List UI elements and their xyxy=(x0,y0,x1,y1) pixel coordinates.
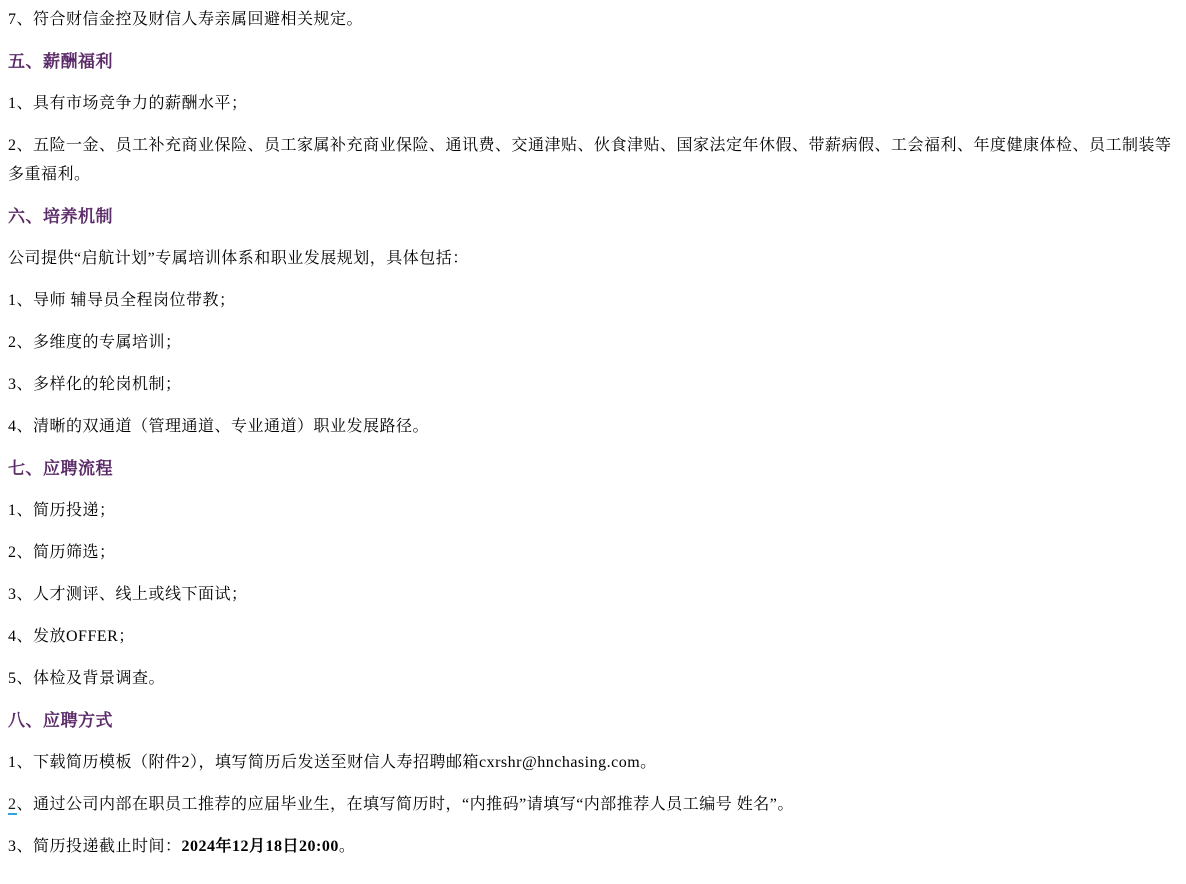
paragraph: 5、体检及背景调查。 xyxy=(8,664,1180,693)
paragraph: 3、多样化的轮岗机制； xyxy=(8,370,1180,399)
paragraph: 3、人才测评、线上或线下面试； xyxy=(8,580,1180,609)
paragraph: 2、多维度的专属培训； xyxy=(8,328,1180,357)
text-segment: 3、人才测评、线上或线下面试； xyxy=(8,586,248,603)
text-segment: 3、简历投递截止时间： xyxy=(8,838,182,855)
text-segment: 3、多样化的轮岗机制； xyxy=(8,376,182,393)
text-segment: 七、应聘流程 xyxy=(8,459,113,478)
paragraph: 1、具有市场竞争力的薪酬水平； xyxy=(8,89,1180,118)
document-body: 7、符合财信金控及财信人寿亲属回避相关规定。五、薪酬福利1、具有市场竞争力的薪酬… xyxy=(0,5,1186,884)
text-segment: 2、五险一金、员工补充商业保险、员工家属补充商业保险、通讯费、交通津贴、伙食津贴… xyxy=(8,137,1172,183)
paragraph: 3、简历投递截止时间：2024年12月18日20:00。 xyxy=(8,832,1180,861)
paragraph: 公司提供“启航计划”专属培训体系和职业发展规划，具体包括： xyxy=(8,244,1180,273)
paragraph: 4、清晰的双通道（管理通道、专业通道）职业发展路径。 xyxy=(8,412,1180,441)
text-segment: 六、培养机制 xyxy=(8,207,113,226)
text-segment: 公司提供“启航计划”专属培训体系和职业发展规划，具体包括： xyxy=(8,250,469,267)
text-segment: 4、发放OFFER； xyxy=(8,628,135,645)
paragraph: 2、五险一金、员工补充商业保险、员工家属补充商业保险、通讯费、交通津贴、伙食津贴… xyxy=(8,131,1180,189)
section-heading: 五、薪酬福利 xyxy=(8,47,1180,76)
text-segment: 1、下载简历模板（附件2），填写简历后发送至财信人寿招聘邮箱cxrshr@hnc… xyxy=(8,754,657,771)
section-heading: 六、培养机制 xyxy=(8,202,1180,231)
text-segment: 7、符合财信金控及财信人寿亲属回避相关规定。 xyxy=(8,11,363,28)
paragraph: 1、下载简历模板（附件2），填写简历后发送至财信人寿招聘邮箱cxrshr@hnc… xyxy=(8,748,1180,777)
text-segment: 4、清晰的双通道（管理通道、专业通道）职业发展路径。 xyxy=(8,418,429,435)
text-segment: 五、薪酬福利 xyxy=(8,52,113,71)
text-segment: 2024年12月18日20:00 xyxy=(182,838,339,855)
text-segment: 2、简历筛选； xyxy=(8,544,116,561)
paragraph: 1、简历投递； xyxy=(8,496,1180,525)
text-segment: 2、多维度的专属培训； xyxy=(8,334,182,351)
section-heading: 七、应聘流程 xyxy=(8,454,1180,483)
inline-link[interactable]: 2 xyxy=(8,796,17,815)
paragraph: 7、符合财信金控及财信人寿亲属回避相关规定。 xyxy=(8,5,1180,34)
paragraph: 1、导师 辅导员全程岗位带教； xyxy=(8,286,1180,315)
text-segment: 、通过公司内部在职员工推荐的应届毕业生，在填写简历时，“内推码”请填写“内部推荐… xyxy=(17,796,794,813)
paragraph: 4、发放OFFER； xyxy=(8,622,1180,651)
text-segment: 5、体检及背景调查。 xyxy=(8,670,165,687)
text-segment: 1、具有市场竞争力的薪酬水平； xyxy=(8,95,248,112)
text-segment: 1、导师 辅导员全程岗位带教； xyxy=(8,292,236,309)
text-segment: 1、简历投递； xyxy=(8,502,116,519)
text-segment: 八、应聘方式 xyxy=(8,711,113,730)
section-heading: 八、应聘方式 xyxy=(8,706,1180,735)
paragraph: 2、通过公司内部在职员工推荐的应届毕业生，在填写简历时，“内推码”请填写“内部推… xyxy=(8,790,1180,819)
text-segment: 。 xyxy=(339,838,356,855)
paragraph: 2、简历筛选； xyxy=(8,538,1180,567)
